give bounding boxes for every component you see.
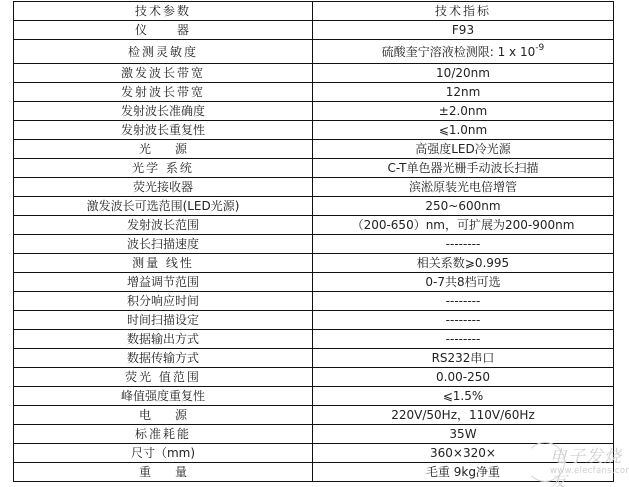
value-cell: 硫酸奎宁溶液检测限: 1 x 10-9 [313,40,614,64]
table-row: 数据输出方式 -------- [14,330,614,349]
param-cell: 标准耗能 [14,425,313,444]
param-cell: 重 量 [14,463,313,482]
value-cell: 35W [313,425,614,444]
value-cell: 10/20nm [313,64,614,83]
param-cell: 荧光接收器 [14,178,313,197]
table-row: 发射波长重复性 ⩽1.0nm [14,121,614,140]
value-exponent: -9 [535,43,544,53]
param-cell: 积分响应时间 [14,292,313,311]
table-row: 仪 器 F93 [14,21,614,40]
table-row: 发射波长准确度 ±2.0nm [14,102,614,121]
table-row: 峰值强度重复性 ⩽1.5% [14,387,614,406]
table-row: 光 源 高强度LED冷光源 [14,140,614,159]
value-cell: 高强度LED冷光源 [313,140,614,159]
table-row: 时间扫描设定 -------- [14,311,614,330]
param-cell: 发射波长重复性 [14,121,313,140]
header-value: 技术指标 [313,2,614,21]
param-cell: 激发波长可选范围(LED光源) [14,197,313,216]
value-cell: -------- [313,330,614,349]
value-cell: 滨淞原装光电倍增管 [313,178,614,197]
value-cell: ⩽1.5% [313,387,614,406]
param-cell: 激发波长带宽 [14,64,313,83]
param-cell: 仪 器 [14,21,313,40]
param-cell: 电 源 [14,406,313,425]
value-cell: 12nm [313,83,614,102]
value-cell: 360×320× [313,444,614,463]
value-cell: -------- [313,292,614,311]
value-cell: 250~600nm [313,197,614,216]
table-row: 激发波长带宽 10/20nm [14,64,614,83]
table-row: 标准耗能 35W [14,425,614,444]
table-row: 积分响应时间 -------- [14,292,614,311]
value-cell: F93 [313,21,614,40]
param-cell: 尺寸（mm) [14,444,313,463]
param-cell: 测量 线性 [14,254,313,273]
table-row: 电 源 220V/50Hz，110V/60Hz [14,406,614,425]
table-row: 尺寸（mm) 360×320× [14,444,614,463]
table-row: 检测灵敏度 硫酸奎宁溶液检测限: 1 x 10-9 [14,40,614,64]
value-cell: 220V/50Hz，110V/60Hz [313,406,614,425]
param-cell: 数据输出方式 [14,330,313,349]
header-param: 技术参数 [14,2,313,21]
value-cell: 相关系数⩾0.995 [313,254,614,273]
param-cell: 发射波长准确度 [14,102,313,121]
table-row: 测量 线性 相关系数⩾0.995 [14,254,614,273]
param-cell: 发射波长范围 [14,216,313,235]
table-row: 发射波长范围 （200-650）nm，可扩展为200-900nm [14,216,614,235]
table-row: 发射波长带宽 12nm [14,83,614,102]
param-cell: 发射波长带宽 [14,83,313,102]
param-cell: 波长扫描速度 [14,235,313,254]
spec-table: 技术参数 技术指标 仪 器 F93 检测灵敏度 硫酸奎宁溶液检测限: 1 x 1… [13,1,614,482]
value-cell: -------- [313,311,614,330]
value-cell: RS232串口 [313,349,614,368]
table-row: 波长扫描速度 -------- [14,235,614,254]
param-cell: 数据传输方式 [14,349,313,368]
param-cell: 增益调节范围 [14,273,313,292]
value-cell: 0-7共8档可选 [313,273,614,292]
table-row: 光学 系统 C-T单色器光栅手动波长扫描 [14,159,614,178]
table-row: 增益调节范围 0-7共8档可选 [14,273,614,292]
value-cell: 毛重 9kg净重 [313,463,614,482]
param-cell: 时间扫描设定 [14,311,313,330]
value-cell: C-T单色器光栅手动波长扫描 [313,159,614,178]
param-cell: 荧光 值范围 [14,368,313,387]
param-cell: 光学 系统 [14,159,313,178]
value-cell: ±2.0nm [313,102,614,121]
param-cell: 峰值强度重复性 [14,387,313,406]
value-cell: 0.00-250 [313,368,614,387]
value-cell: （200-650）nm，可扩展为200-900nm [313,216,614,235]
table-row: 重 量 毛重 9kg净重 [14,463,614,482]
param-cell: 光 源 [14,140,313,159]
table-row: 荧光接收器 滨淞原装光电倍增管 [14,178,614,197]
table-row: 数据传输方式 RS232串口 [14,349,614,368]
table-row: 荧光 值范围 0.00-250 [14,368,614,387]
value-text: 硫酸奎宁溶液检测限: 1 x 10 [382,45,536,59]
value-cell: -------- [313,235,614,254]
param-cell: 检测灵敏度 [14,40,313,64]
table-row: 激发波长可选范围(LED光源) 250~600nm [14,197,614,216]
value-cell: ⩽1.0nm [313,121,614,140]
table-header-row: 技术参数 技术指标 [14,2,614,21]
